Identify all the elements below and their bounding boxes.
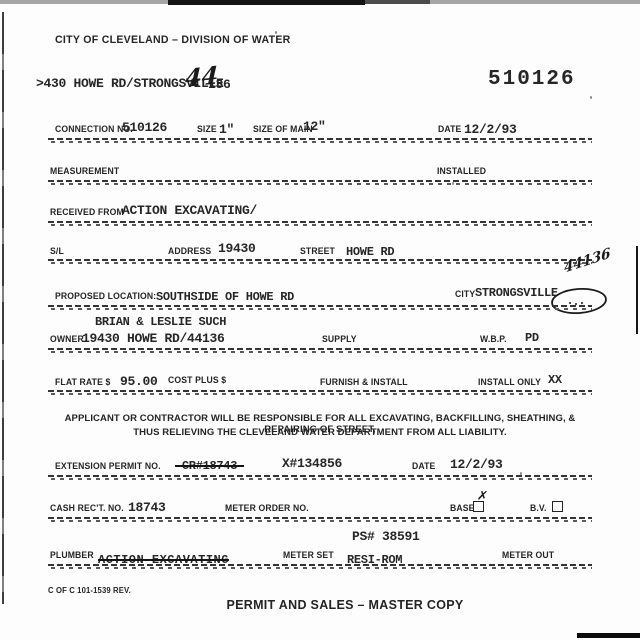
form-code: C OF C 101-1539 REV. — [48, 586, 131, 595]
dashed-rule — [48, 390, 592, 396]
proposed-location-label: PROPOSED LOCATION: — [55, 291, 156, 301]
base-checkmark-handwritten: ✗ — [476, 488, 489, 504]
flat-rate-value: 95.00 — [120, 374, 158, 389]
bv-label: B.V. — [530, 503, 547, 513]
dashed-rule — [48, 180, 592, 186]
measurement-label: MEASUREMENT — [50, 166, 119, 176]
dashed-rule — [48, 475, 592, 481]
scan-artifact-right-edge — [636, 246, 638, 334]
dashed-rule — [48, 564, 592, 570]
size-label: SIZE — [197, 124, 217, 134]
owner-names: BRIAN & LESLIE SUCH — [95, 315, 226, 329]
dashed-rule — [48, 138, 592, 144]
scan-artifact-top-darkgray — [365, 0, 430, 4]
cash-rect-label: CASH REC'T. NO. — [50, 503, 124, 513]
dashed-rule — [48, 348, 592, 354]
liability-text-line2: THUS RELIEVING THE CLEVELAND WATER DEPAR… — [40, 427, 600, 438]
scan-artifact-top-black — [168, 0, 365, 5]
dashed-rule — [48, 517, 592, 523]
typed-zip-suffix: 136 — [208, 77, 231, 92]
street-value: HOWE RD — [346, 245, 394, 259]
wbp-value: PD — [525, 331, 539, 345]
scan-artifact-left-edge — [2, 12, 4, 604]
sl-label: S/L — [50, 246, 64, 256]
owner-label: OWNER — [50, 334, 84, 344]
dashed-rule — [48, 221, 592, 227]
scan-speck — [590, 96, 592, 99]
furnish-install-label: FURNISH & INSTALL — [320, 377, 408, 387]
install-only-label: INSTALL ONLY — [478, 377, 541, 387]
handwritten-zip-note: 44136 — [564, 245, 611, 277]
supply-label: SUPPLY — [322, 334, 357, 344]
owner-value: 19430 HOWE RD/44136 — [82, 331, 225, 346]
received-from-label: RECEIVED FROM — [50, 207, 124, 217]
meter-set-label: METER SET — [283, 550, 334, 560]
extension-date-value: 12/2/93 — [450, 457, 503, 472]
proposed-location-value: SOUTHSIDE OF HOWE RD — [156, 290, 294, 304]
installed-label: INSTALLED — [437, 166, 486, 176]
extension-permit-label: EXTENSION PERMIT NO. — [55, 461, 161, 471]
flat-rate-label: FLAT RATE $ — [55, 377, 111, 387]
size-value: 1" — [219, 122, 234, 137]
bv-checkbox — [552, 501, 563, 512]
handwritten-circle-scribble — [548, 284, 610, 316]
cost-plus-label: COST PLUS $ — [168, 375, 226, 385]
scan-artifact-bottom-right-bar — [577, 633, 640, 638]
meter-order-label: METER ORDER NO. — [225, 503, 309, 513]
plumber-label: PLUMBER — [50, 550, 94, 560]
permit-number: 510126 — [488, 68, 576, 91]
size-of-main-value: 12" — [303, 119, 326, 134]
base-label: BASE — [450, 503, 475, 513]
form-title: CITY OF CLEVELAND – DIVISION OF WATER — [55, 34, 291, 46]
extension-date-label: DATE — [412, 461, 435, 471]
wbp-label: W.B.P. — [480, 334, 507, 344]
extension-permit-value: X#134856 — [282, 456, 342, 471]
date-value: 12/2/93 — [464, 122, 517, 137]
scanned-water-permit-form: CITY OF CLEVELAND – DIVISION OF WATER >4… — [0, 0, 640, 640]
extension-permit-struck-value: -CR#18743- — [175, 459, 244, 473]
connection-no-value: 510126 — [122, 120, 167, 135]
date-label: DATE — [438, 124, 461, 134]
city-label: CITY — [455, 289, 475, 299]
address-label: ADDRESS — [168, 246, 211, 256]
city-value: STRONGSVILLE — [475, 286, 558, 300]
received-from-value: ACTION EXCAVATING/ — [122, 203, 257, 218]
meter-out-label: METER OUT — [502, 550, 554, 560]
street-label: STREET — [300, 246, 335, 256]
cash-rect-value: 18743 — [128, 500, 166, 515]
install-only-value: XX — [548, 373, 562, 387]
dashed-rule — [48, 305, 592, 311]
ps-number: PS# 38591 — [352, 529, 420, 544]
dashed-rule — [48, 259, 592, 265]
address-value: 19430 — [218, 241, 256, 256]
footer-title: PERMIT AND SALES – MASTER COPY — [185, 598, 505, 612]
